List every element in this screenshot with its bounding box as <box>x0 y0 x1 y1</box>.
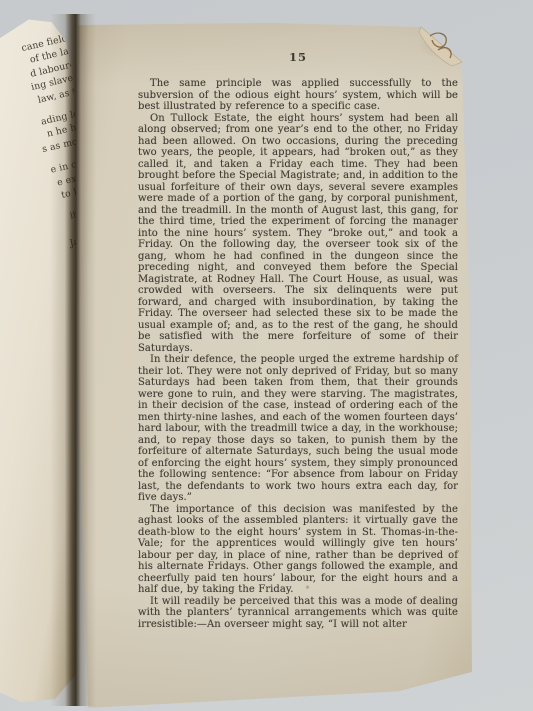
paragraph: On Tullock Estate, the eight hours’ syst… <box>138 113 458 355</box>
paragraph: In their defence, the people urged the e… <box>138 354 458 504</box>
paragraph: The importance of this decision was mani… <box>138 504 458 596</box>
folded-corner-icon <box>408 20 470 74</box>
paragraph: It will readily be perceived that this w… <box>138 596 458 631</box>
fragment-group: cane fields:of the law,d labourer,ing sl… <box>0 30 89 117</box>
page-paragraphs: The same principle was applied successfu… <box>138 78 458 630</box>
left-page: cane fields:of the law,d labourer,ing sl… <box>0 14 76 702</box>
page-text-column: 15 The same principle was applied succes… <box>138 50 458 630</box>
book-photo: cane fields:of the law,d labourer,ing sl… <box>0 0 533 711</box>
right-page: 15 The same principle was applied succes… <box>70 16 476 710</box>
paragraph: The same principle was applied successfu… <box>138 78 458 113</box>
